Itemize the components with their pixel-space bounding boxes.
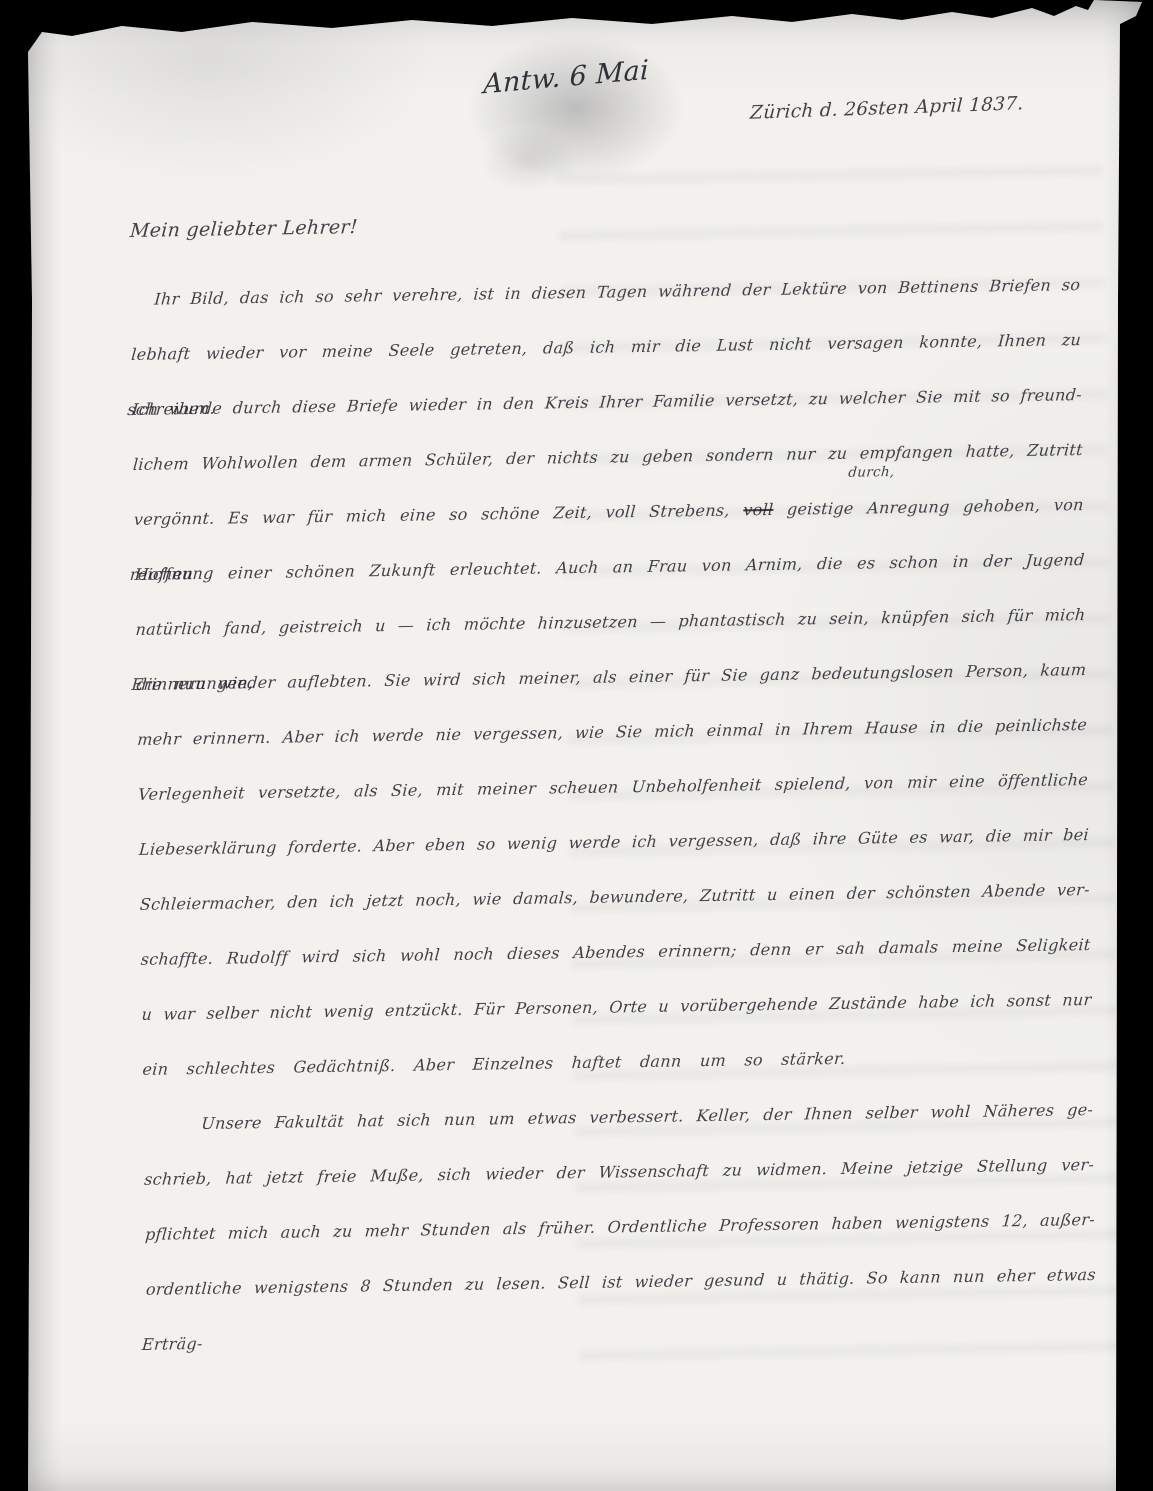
- archival-annotation: Antw. 6 Mai: [483, 55, 649, 101]
- paragraph: Ihr Bild, das ich so sehr verehre, ist i…: [130, 257, 1093, 1097]
- letter-body: Ihr Bild, das ich so sehr verehre, ist i…: [130, 257, 1096, 1317]
- scan-background: Antw. 6 Mai Zürich d. 26sten April 1837.…: [0, 0, 1153, 1491]
- dateline: Zürich d. 26sten April 1837.: [750, 93, 1025, 124]
- salutation: Mein geliebter Lehrer!: [129, 216, 358, 242]
- line-text: vergönnt. Es war für mich eine so schöne…: [133, 500, 744, 529]
- paragraph: Unsere Fakultät hat sich nun um etwas ve…: [143, 1082, 1096, 1317]
- letter-page: Antw. 6 Mai Zürich d. 26sten April 1837.…: [28, 0, 1144, 1491]
- struck-word: voll: [743, 500, 774, 519]
- inserted-word: durch,: [848, 465, 895, 482]
